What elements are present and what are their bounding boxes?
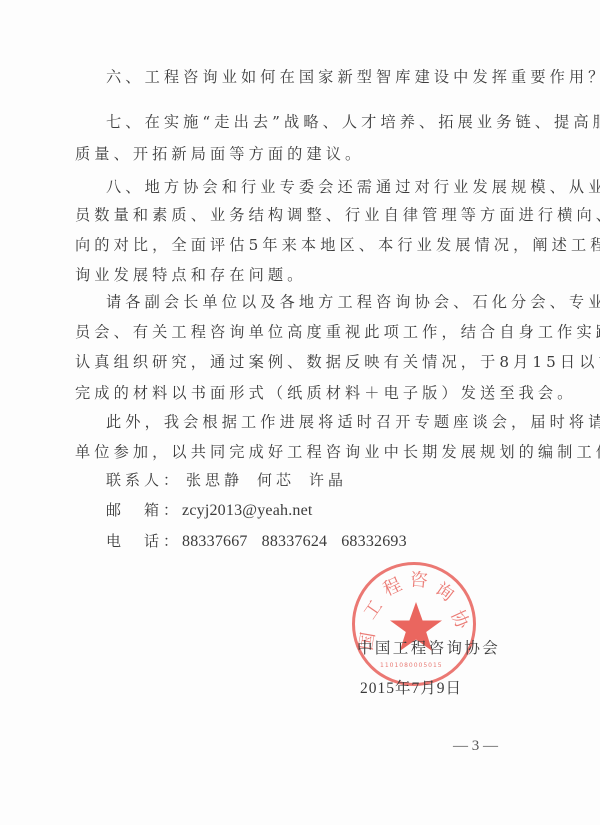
email-value[interactable]: zcyj2013@yeah.net (182, 502, 313, 519)
contact-phone: 电 话：883376678833762468332693 (106, 531, 407, 552)
item-8-line-2: 员数量和素质、业务结构调整、行业自律管理等方面进行横向、纵 (75, 205, 600, 225)
document-page: 六、工程咨询业如何在国家新型智库建设中发挥重要作用？ 七、在实施“走出去”战略、… (0, 0, 600, 825)
item-8-line-1: 八、地方协会和行业专委会还需通过对行业发展规模、从业人 (106, 177, 600, 197)
phone-3: 68332693 (341, 533, 407, 550)
contact-name-3: 许晶 (309, 471, 347, 489)
contact-label: 联系人： (106, 471, 182, 489)
contact-email: 邮 箱：zcyj2013@yeah.net (106, 500, 313, 521)
contact-name-1: 张思静 (186, 471, 243, 489)
signature-date: 2015年7月9日 (360, 676, 462, 698)
phone-1: 88337667 (182, 533, 248, 550)
signature-organization: 中国工程咨询协会 (357, 636, 500, 658)
contact-name-2: 何芯 (257, 471, 295, 489)
request-line-2: 员会、有关工程咨询单位高度重视此项工作，结合自身工作实践， (75, 322, 600, 342)
additional-line-1: 此外，我会根据工作进展将适时召开专题座谈会，届时将请有关 (106, 412, 600, 432)
page-number: — 3 — (453, 738, 498, 755)
request-line-1: 请各副会长单位以及各地方工程咨询协会、石化分会、专业委 (106, 292, 600, 312)
item-7-line-2: 质量、开拓新局面等方面的建议。 (75, 144, 364, 164)
request-line-3: 认真组织研究，通过案例、数据反映有关情况，于8月15日以前将 (75, 352, 600, 372)
item-6-line-1: 六、工程咨询业如何在国家新型智库建设中发挥重要作用？ (106, 67, 600, 87)
phone-label: 电 话： (106, 532, 182, 550)
item-7-line-1: 七、在实施“走出去”战略、人才培养、拓展业务链、提高服务 (106, 112, 600, 132)
phone-2: 88337624 (262, 533, 328, 550)
contact-persons: 联系人：张思静何芯许晶 (106, 470, 347, 490)
additional-line-2: 单位参加，以共同完成好工程咨询业中长期发展规划的编制工作。 (75, 442, 600, 462)
request-line-4: 完成的材料以书面形式（纸质材料＋电子版）发送至我会。 (75, 383, 576, 403)
item-8-line-4: 询业发展特点和存在问题。 (75, 265, 306, 285)
email-label: 邮 箱： (106, 501, 182, 519)
item-8-line-3: 向的对比，全面评估5年来本地区、本行业发展情况，阐述工程咨 (75, 235, 600, 255)
seal-code: 1101080005015 (380, 662, 443, 669)
seal-char-4: 咨 (409, 565, 429, 592)
